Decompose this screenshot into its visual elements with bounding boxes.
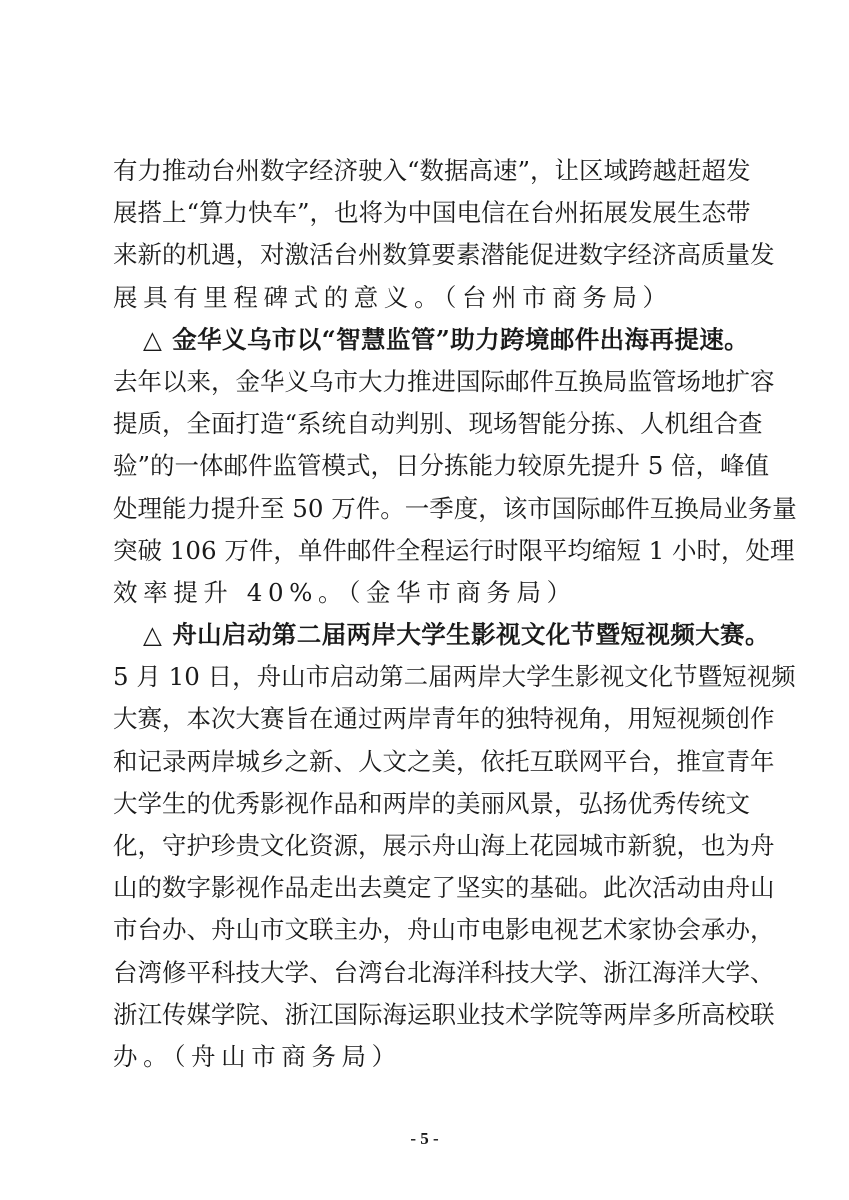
section-heading: △舟山启动第二届两岸大学生影视文化节暨短视频大赛。 bbox=[113, 614, 743, 656]
triangle-bullet-icon: △ bbox=[143, 620, 162, 649]
section-jinhua-yiwu: △金华义乌市以“智慧监管”助力跨境邮件出海再提速。 去年以来，金华义乌市大力推进… bbox=[113, 319, 743, 614]
text-line: 大学生的优秀影视作品和两岸的美丽风景，弘扬优秀传统文 bbox=[113, 783, 743, 825]
text-line: 5 月 10 日，舟山市启动第二届两岸大学生影视文化节暨短视频 bbox=[113, 656, 743, 698]
text-line: 山的数字影视作品走出去奠定了坚实的基础。此次活动由舟山 bbox=[113, 867, 743, 909]
heading-text: 舟山启动第二届两岸大学生影视文化节暨短视频大赛。 bbox=[172, 620, 770, 649]
page-number: - 5 - bbox=[0, 1129, 849, 1149]
text-line: 和记录两岸城乡之新、人文之美，依托互联网平台，推宣青年 bbox=[113, 741, 743, 783]
text-line: 有力推动台州数字经济驶入“数据高速”，让区域跨越赶超发 bbox=[113, 150, 743, 192]
text-line: 浙江传媒学院、浙江国际海运职业技术学院等两岸多所高校联 bbox=[113, 994, 743, 1036]
section-heading: △金华义乌市以“智慧监管”助力跨境邮件出海再提速。 bbox=[113, 319, 743, 361]
text-line: 化，守护珍贵文化资源，展示舟山海上花园城市新貌，也为舟 bbox=[113, 825, 743, 867]
text-line: 突破 106 万件，单件邮件全程运行时限平均缩短 1 小时，处理 bbox=[113, 530, 743, 572]
text-line: 去年以来，金华义乌市大力推进国际邮件互换局监管场地扩容 bbox=[113, 361, 743, 403]
section-zhoushan: △舟山启动第二届两岸大学生影视文化节暨短视频大赛。 5 月 10 日，舟山市启动… bbox=[113, 614, 743, 1078]
text-line: 大赛，本次大赛旨在通过两岸青年的独特视角，用短视频创作 bbox=[113, 698, 743, 740]
triangle-bullet-icon: △ bbox=[143, 325, 162, 354]
paragraph-taizhou: 有力推动台州数字经济驶入“数据高速”，让区域跨越赶超发 展搭上“算力快车”，也将… bbox=[113, 150, 743, 319]
text-line: 提质，全面打造“系统自动判别、现场智能分拣、人机组合查 bbox=[113, 403, 743, 445]
text-line: 效率提升 40%。（金华市商务局） bbox=[113, 572, 743, 614]
text-line: 展具有里程碑式的意义。（台州市商务局） bbox=[113, 277, 743, 319]
text-line: 台湾修平科技大学、台湾台北海洋科技大学、浙江海洋大学、 bbox=[113, 952, 743, 994]
text-line: 展搭上“算力快车”，也将为中国电信在台州拓展发展生态带 bbox=[113, 192, 743, 234]
document-page: 有力推动台州数字经济驶入“数据高速”，让区域跨越赶超发 展搭上“算力快车”，也将… bbox=[113, 150, 743, 1078]
text-line: 处理能力提升至 50 万件。一季度，该市国际邮件互换局业务量 bbox=[113, 488, 743, 530]
text-line: 验”的一体邮件监管模式，日分拣能力较原先提升 5 倍，峰值 bbox=[113, 445, 743, 487]
text-line: 办。（舟山市商务局） bbox=[113, 1036, 743, 1078]
text-line: 来新的机遇，对激活台州数算要素潜能促进数字经济高质量发 bbox=[113, 234, 743, 276]
heading-text: 金华义乌市以“智慧监管”助力跨境邮件出海再提速。 bbox=[172, 325, 749, 354]
text-line: 市台办、舟山市文联主办，舟山市电影电视艺术家协会承办， bbox=[113, 909, 743, 951]
